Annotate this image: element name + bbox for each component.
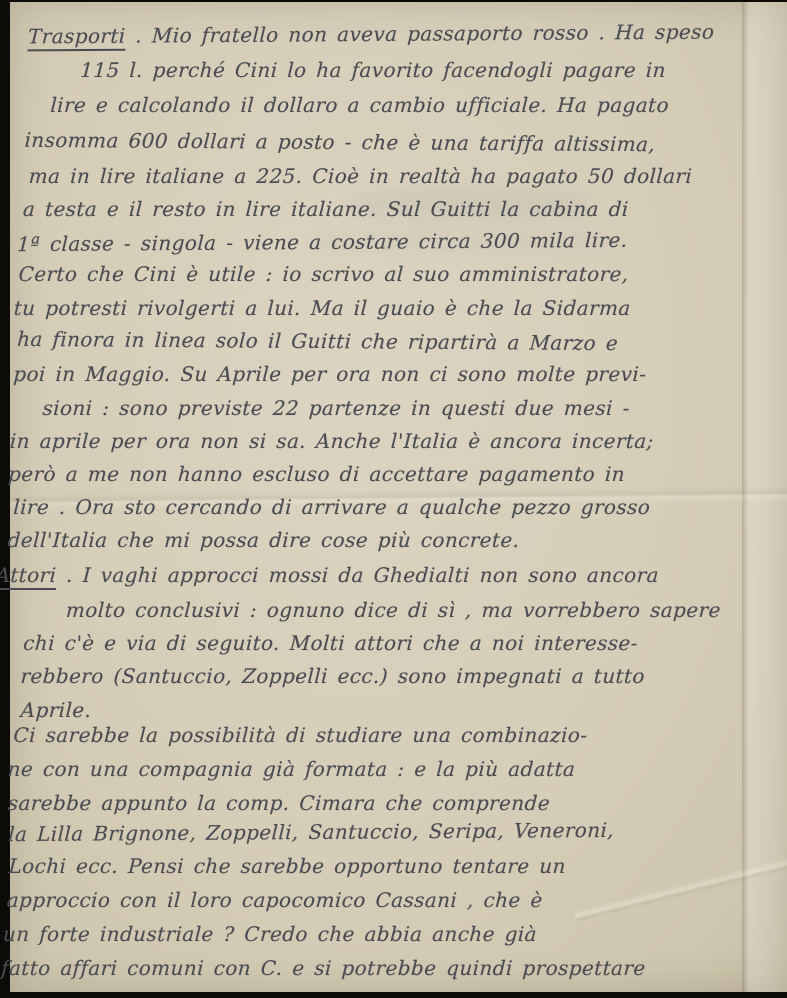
handwritten-line: Attori . I vaghi approcci mossi da Ghedi… <box>0 563 660 587</box>
handwritten-line: molto conclusivi : ognuno dice di sì , m… <box>65 598 721 622</box>
handwritten-line: la Lilla Brignone, Zoppelli, Santuccio, … <box>8 818 615 846</box>
scanned-letter-page: Trasporti . Mio fratello non aveva passa… <box>0 0 787 998</box>
handwritten-line: ma in lire italiane a 225. Cioè in realt… <box>28 164 693 188</box>
handwritten-line: approccio con il loro capocomico Cassani… <box>6 888 543 912</box>
line-text: . I vaghi approcci mossi da Ghedialti no… <box>56 563 660 587</box>
handwritten-line: lire e calcolando il dollaro a cambio uf… <box>50 93 670 117</box>
handwritten-line: 1ª classe - singola - viene a costare ci… <box>17 228 628 256</box>
handwritten-line: rebbero (Santuccio, Zoppelli ecc.) sono … <box>20 664 646 688</box>
handwritten-line: chi c'è e via di seguito. Molti attori c… <box>23 631 639 655</box>
handwriting-layer: Trasporti . Mio fratello non aveva passa… <box>0 0 787 998</box>
section-heading-attori: Attori <box>0 563 57 590</box>
handwritten-line: Aprile. <box>20 698 92 722</box>
handwritten-line: in aprile per ora non si sa. Anche l'Ita… <box>9 429 654 453</box>
handwritten-line: lire . Ora sto cercando di arrivare a qu… <box>13 495 651 519</box>
handwritten-line: sioni : sono previste 22 partenze in que… <box>42 396 631 420</box>
handwritten-line: ha finora in linea solo il Guitti che ri… <box>17 327 619 355</box>
handwritten-line: un forte industriale ? Credo che abbia a… <box>2 922 537 946</box>
section-heading-trasporti: Trasporti <box>27 24 126 52</box>
handwritten-line: Trasporti . Mio fratello non aveva passa… <box>28 20 715 49</box>
handwritten-line: 115 l. perché Cini lo ha favorito facend… <box>80 58 667 82</box>
handwritten-line: a testa e il resto in lire italiane. Sul… <box>22 197 629 221</box>
handwritten-line: fatto affari comuni con C. e si potrebbe… <box>1 956 647 980</box>
handwritten-line: Certo che Cini è utile : io scrivo al su… <box>18 262 629 286</box>
handwritten-line: Ci sarebbe la possibilità di studiare un… <box>13 723 588 747</box>
handwritten-line: poi in Maggio. Su Aprile per ora non ci … <box>13 362 647 386</box>
handwritten-line: tu potresti rivolgerti a lui. Ma il guai… <box>13 296 631 320</box>
handwritten-line: insomma 600 dollari a posto - che è una … <box>24 128 656 156</box>
handwritten-line: sarebbe appunto la comp. Cimara che comp… <box>7 791 550 815</box>
handwritten-line: ne con una compagnia già formata : e la … <box>7 757 576 781</box>
handwritten-line: Lochi ecc. Pensi che sarebbe opportuno t… <box>8 854 567 878</box>
line-text: . Mio fratello non aveva passaporto ross… <box>125 20 715 48</box>
handwritten-line: dell'Italia che mi possa dire cose più c… <box>7 528 520 552</box>
handwritten-line: però a me non hanno escluso di accettare… <box>8 462 626 486</box>
